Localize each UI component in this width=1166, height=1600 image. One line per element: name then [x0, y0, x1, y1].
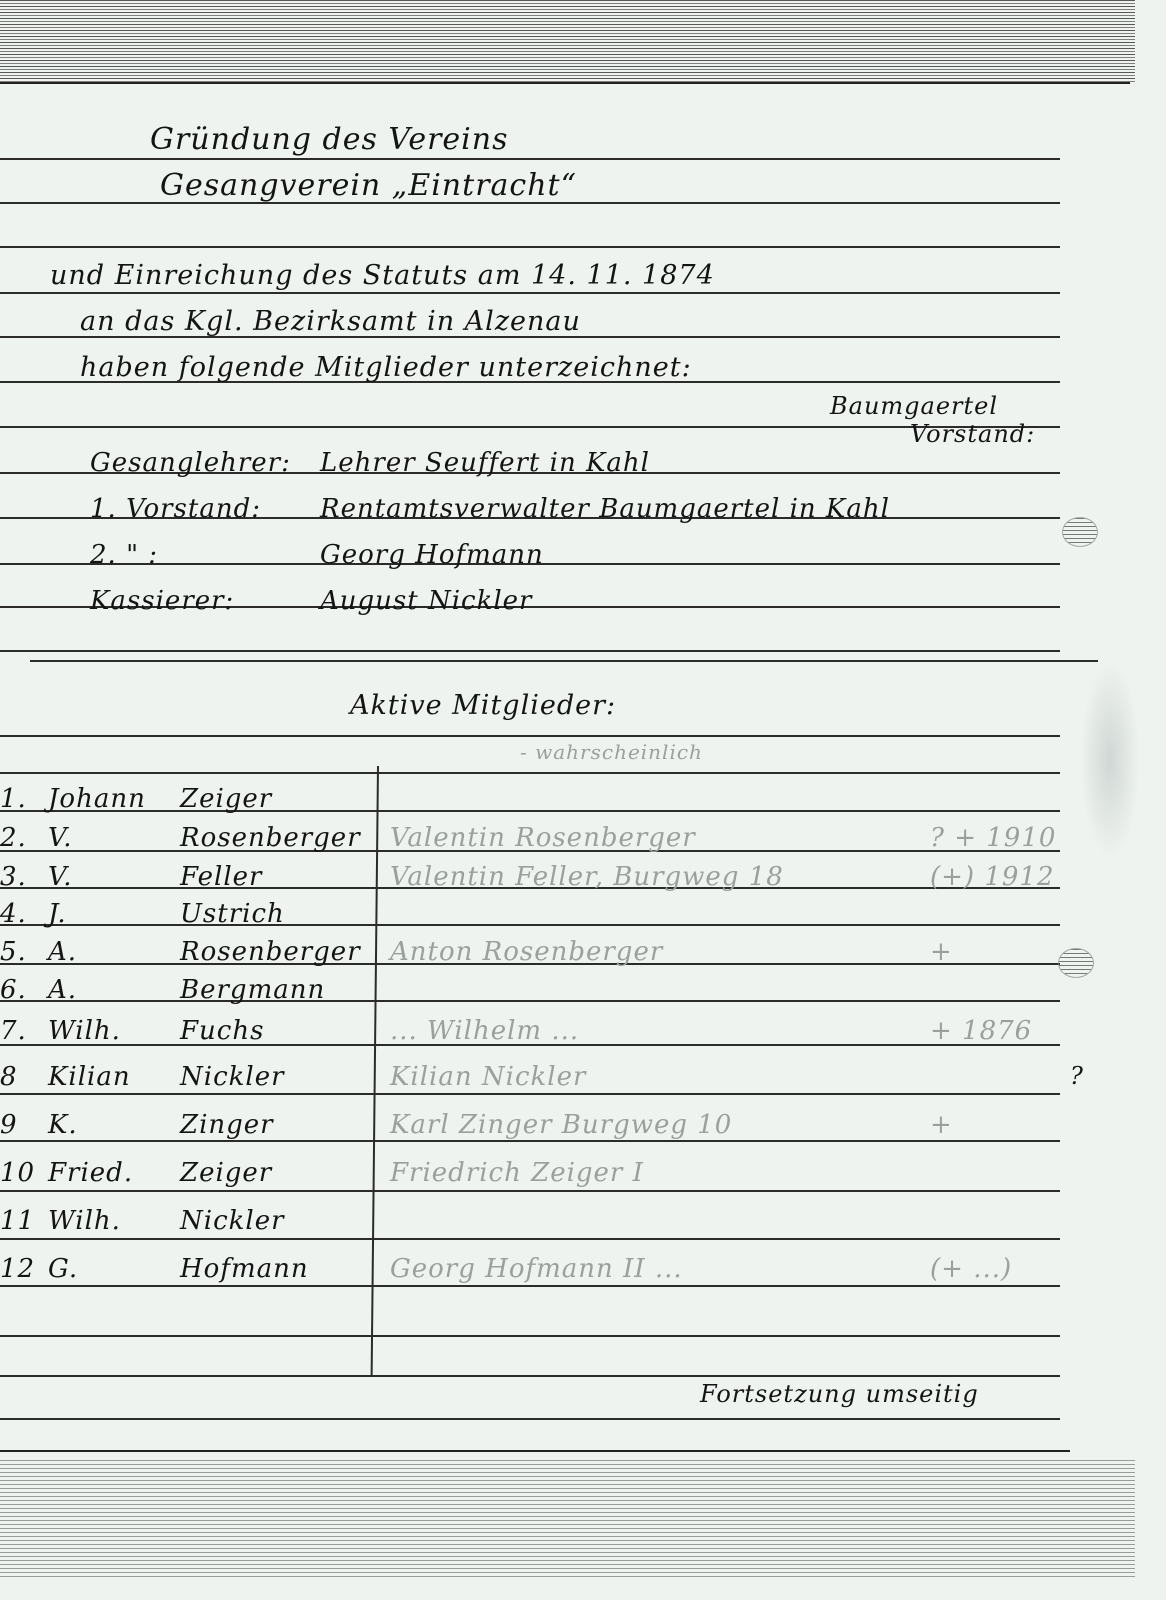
member-surname: Ustrich: [180, 899, 285, 929]
member-number: 8: [0, 1062, 18, 1092]
member-mark: (+ ...): [930, 1254, 1012, 1284]
scan-band-top: [0, 0, 1135, 84]
margin-note-role: Vorstand:: [910, 420, 1035, 448]
table-rule: [0, 1335, 1060, 1337]
member-mark: (+) 1912: [930, 862, 1055, 892]
punch-hole: [1062, 517, 1098, 547]
table-rule: [0, 924, 1060, 926]
scan-band-edge: [0, 82, 1130, 84]
officer-role: Gesanglehrer:: [90, 448, 291, 478]
member-given-name: Kilian: [48, 1062, 131, 1092]
intro-line-2: an das Kgl. Bezirksamt in Alzenau: [80, 306, 581, 337]
member-surname: Nickler: [180, 1206, 285, 1236]
member-number: 2.: [0, 823, 27, 853]
table-rule: [0, 772, 1060, 774]
title-line-2: Gesangverein „Eintracht“: [160, 168, 577, 203]
member-number: 12: [0, 1254, 35, 1284]
member-given-name: V.: [48, 862, 73, 892]
member-number: 3.: [0, 862, 27, 892]
member-surname: Zinger: [180, 1110, 274, 1140]
intro-line-3: haben folgende Mitglieder unterzeichnet:: [80, 352, 692, 383]
section-divider: [30, 660, 1098, 662]
member-surname: Fuchs: [180, 1016, 264, 1046]
member-given-name: G.: [48, 1254, 78, 1284]
member-annotation: Friedrich Zeiger I: [390, 1158, 644, 1188]
punch-hole: [1058, 948, 1094, 978]
officer-name: Rentamtsverwalter Baumgaertel in Kahl: [320, 494, 890, 524]
footer-continued: Fortsetzung umseitig: [700, 1380, 979, 1408]
member-given-name: Wilh.: [48, 1206, 121, 1236]
member-surname: Zeiger: [180, 784, 272, 814]
member-mark: +: [930, 1110, 953, 1140]
member-given-name: A.: [48, 937, 77, 967]
member-annotation: ... Wilhelm ...: [390, 1016, 579, 1046]
member-surname: Rosenberger: [180, 937, 361, 967]
ruled-line: [0, 158, 1060, 160]
officer-name: Georg Hofmann: [320, 540, 544, 570]
member-number: 7.: [0, 1016, 27, 1046]
margin-note-name: Baumgaertel: [830, 392, 998, 420]
side-question-mark: ?: [1070, 1062, 1084, 1090]
table-rule: [0, 1285, 1060, 1287]
member-surname: Bergmann: [180, 975, 325, 1005]
member-given-name: Johann: [48, 784, 146, 814]
member-given-name: V.: [48, 823, 73, 853]
ruled-line: [0, 246, 1060, 248]
table-rule: [0, 1093, 1060, 1095]
officer-role: 2. " :: [90, 540, 158, 570]
table-rule: [0, 1190, 1060, 1192]
member-given-name: Wilh.: [48, 1016, 121, 1046]
officer-name: Lehrer Seuffert in Kahl: [320, 448, 650, 478]
member-number: 9: [0, 1110, 18, 1140]
table-rule: [0, 1375, 1060, 1377]
member-annotation: Georg Hofmann II ...: [390, 1254, 683, 1284]
officer-name: August Nickler: [320, 586, 532, 616]
officer-role: Kassierer:: [90, 586, 234, 616]
ruled-line: [0, 650, 1060, 652]
ruled-line: [0, 735, 1060, 737]
annotation-column-heading: - wahrscheinlich: [520, 740, 703, 764]
officer-role: 1. Vorstand:: [90, 494, 261, 524]
table-rule: [0, 1000, 1060, 1002]
member-surname: Nickler: [180, 1062, 285, 1092]
members-heading: Aktive Mitglieder:: [350, 690, 616, 721]
scan-band-bottom: [0, 1460, 1135, 1580]
member-given-name: A.: [48, 975, 77, 1005]
scan-smudge: [1080, 660, 1140, 860]
member-annotation: Valentin Feller, Burgweg 18: [390, 862, 784, 892]
member-given-name: J.: [48, 899, 67, 929]
member-annotation: Kilian Nickler: [390, 1062, 586, 1092]
member-mark: ? + 1910: [930, 823, 1056, 853]
ruled-line: [0, 426, 1060, 428]
member-given-name: K.: [48, 1110, 78, 1140]
member-number: 4.: [0, 899, 27, 929]
intro-line-1: und Einreichung des Statuts am 14. 11. 1…: [50, 260, 715, 291]
table-rule: [0, 1238, 1060, 1240]
member-annotation: Karl Zinger Burgweg 10: [390, 1110, 732, 1140]
scan-band-edge: [0, 1450, 1070, 1452]
member-surname: Rosenberger: [180, 823, 361, 853]
table-rule: [0, 1418, 1060, 1420]
member-given-name: Fried.: [48, 1158, 133, 1188]
member-number: 1.: [0, 784, 27, 814]
member-surname: Zeiger: [180, 1158, 272, 1188]
member-surname: Feller: [180, 862, 262, 892]
title-line-1: Gründung des Vereins: [150, 122, 509, 157]
member-annotation: Valentin Rosenberger: [390, 823, 696, 853]
member-annotation: Anton Rosenberger: [390, 937, 663, 967]
table-rule: [0, 810, 1060, 812]
member-number: 5.: [0, 937, 27, 967]
member-number: 10: [0, 1158, 35, 1188]
member-mark: + 1876: [930, 1016, 1032, 1046]
member-surname: Hofmann: [180, 1254, 309, 1284]
member-number: 11: [0, 1206, 35, 1236]
member-number: 6.: [0, 975, 27, 1005]
ruled-line: [0, 292, 1060, 294]
member-mark: +: [930, 937, 953, 967]
table-rule: [0, 1140, 1060, 1142]
